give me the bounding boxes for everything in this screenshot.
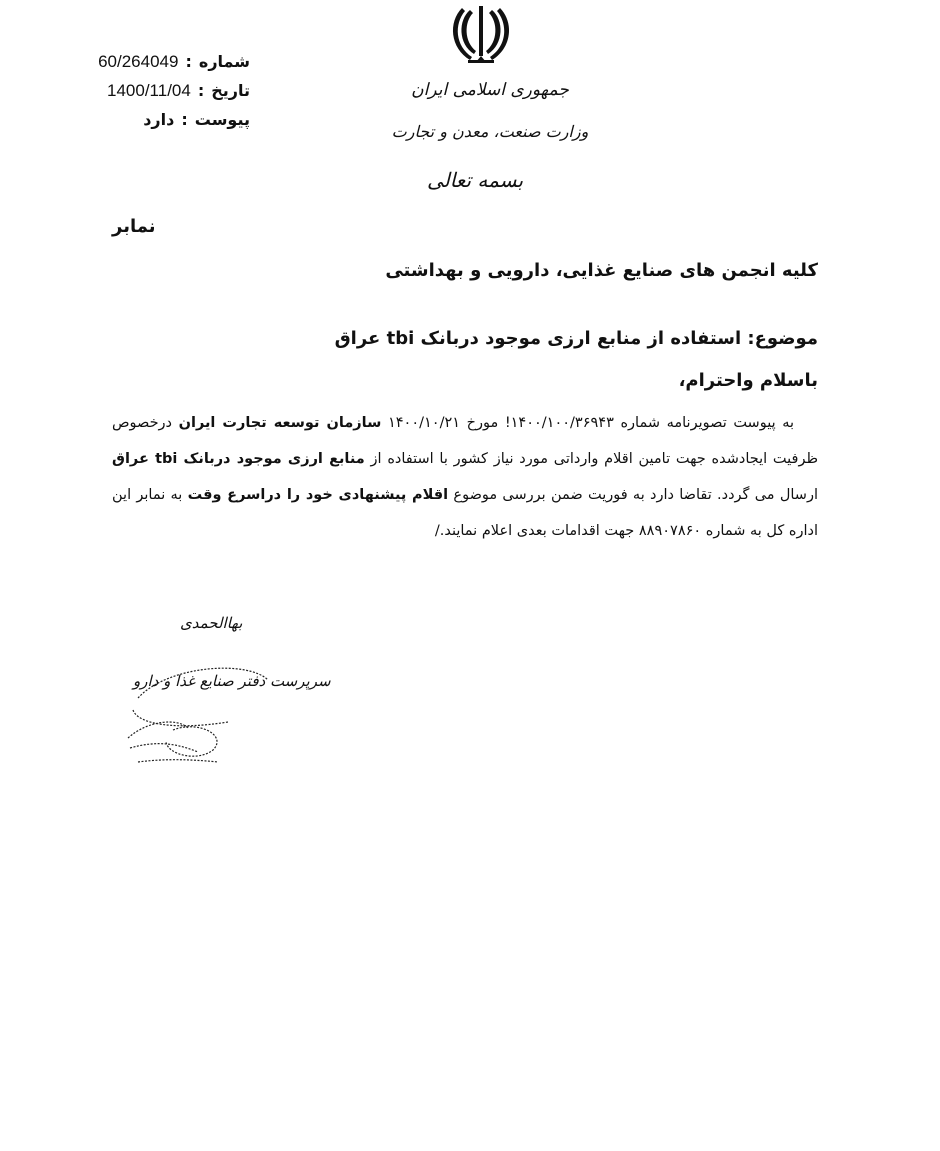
separator: : xyxy=(185,52,191,71)
recipient: کلیه انجمن های صنایع غذایی، دارویی و بهد… xyxy=(385,260,818,281)
letter-meta: شماره : 60/264049 تاریخ : 1400/11/04 پیو… xyxy=(60,52,250,139)
body-text-bold: اقلام پیشنهادی خود را دراسرع وقت xyxy=(188,487,449,503)
letter-attachment-row: پیوست : دارد xyxy=(60,110,250,139)
letter-date-row: تاریخ : 1400/11/04 xyxy=(60,81,250,110)
separator: : xyxy=(198,81,204,100)
greeting: باسلام واحترام، xyxy=(679,370,818,391)
header-invocation: بسمه تعالی xyxy=(420,168,530,192)
letter-number-row: شماره : 60/264049 xyxy=(60,52,250,81)
fax-label: نمابر xyxy=(112,216,156,237)
body-text: ارسال می گردد. تقاضا دارد به فوریت ضمن ب… xyxy=(448,487,818,503)
subject: موضوع: استفاده از منابع ارزی موجود دربان… xyxy=(335,328,818,349)
header-ministry: وزارت صنعت، معدن و تجارت xyxy=(390,122,590,141)
letter-date-value: 1400/11/04 xyxy=(107,81,191,101)
signature-scrawl-icon xyxy=(118,650,293,770)
body-paragraph: به پیوست تصویرنامه شماره ۱۴۰۰/۱۰۰/۳۶۹۴۳!… xyxy=(112,405,818,549)
body-text-bold: سازمان توسعه تجارت ایران xyxy=(179,415,382,431)
header-republic: جمهوری اسلامی ایران xyxy=(390,80,590,100)
body-text-bold: منابع ارزی موجود دربانک tbi عراق xyxy=(112,451,365,467)
letter-attachment-value: دارد xyxy=(143,110,174,129)
letter-number-value: 60/264049 xyxy=(98,52,178,72)
body-text: به پیوست تصویرنامه شماره ۱۴۰۰/۱۰۰/۳۶۹۴۳!… xyxy=(381,415,794,431)
letter-date-label: تاریخ xyxy=(211,81,250,100)
separator: : xyxy=(181,110,187,129)
iran-emblem-icon xyxy=(448,2,514,70)
signatory-name: بهاالحمدی xyxy=(180,614,242,632)
letter-number-label: شماره xyxy=(199,52,250,71)
letter-attachment-label: پیوست xyxy=(195,110,250,129)
letter-body: به پیوست تصویرنامه شماره ۱۴۰۰/۱۰۰/۳۶۹۴۳!… xyxy=(112,405,818,549)
